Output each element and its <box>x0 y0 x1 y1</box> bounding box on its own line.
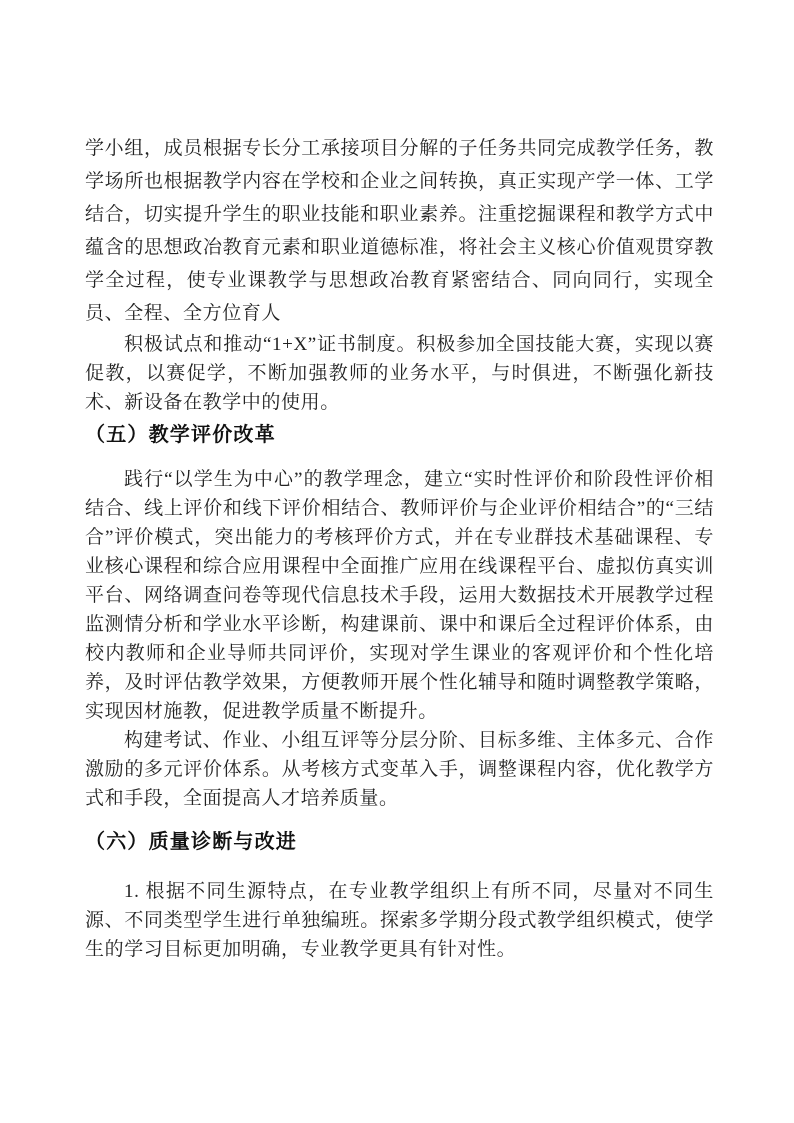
document-page: 学小组，成员根据专长分工承接项目分解的子任务共同完成教学任务，教学场所也根据教学… <box>0 0 794 1123</box>
paragraph-student-source-grouping: 1. 根据不同生源特点，在专业教学组织上有所不同，尽量对不同生源、不同类型学生进… <box>85 877 714 964</box>
paragraph-1x-certificate: 积极试点和推动“1+X”证书制度。积极参加全国技能大赛，实现以赛促教，以赛促学，… <box>85 330 714 417</box>
page-content: 学小组，成员根据专长分工承接项目分解的子任务共同完成教学任务，教学场所也根据教学… <box>85 132 714 964</box>
section-heading-quality-diagnosis: （六）质量诊断与改进 <box>85 828 714 856</box>
section-heading-teaching-evaluation-reform: （五）教学评价改革 <box>85 421 714 449</box>
paragraph-evaluation-mode: 践行“以学生为中心”的教学理念，建立“实时性评价和阶段性评价相结合、线上评价和线… <box>85 465 714 726</box>
paragraph-project-teaching-continued: 学小组，成员根据专长分工承接项目分解的子任务共同完成教学任务，教学场所也根据教学… <box>85 132 714 330</box>
paragraph-multi-evaluation-system: 构建考试、作业、小组互评等分层分阶、目标多维、主体多元、合作激励的多元评价体系。… <box>85 726 714 813</box>
